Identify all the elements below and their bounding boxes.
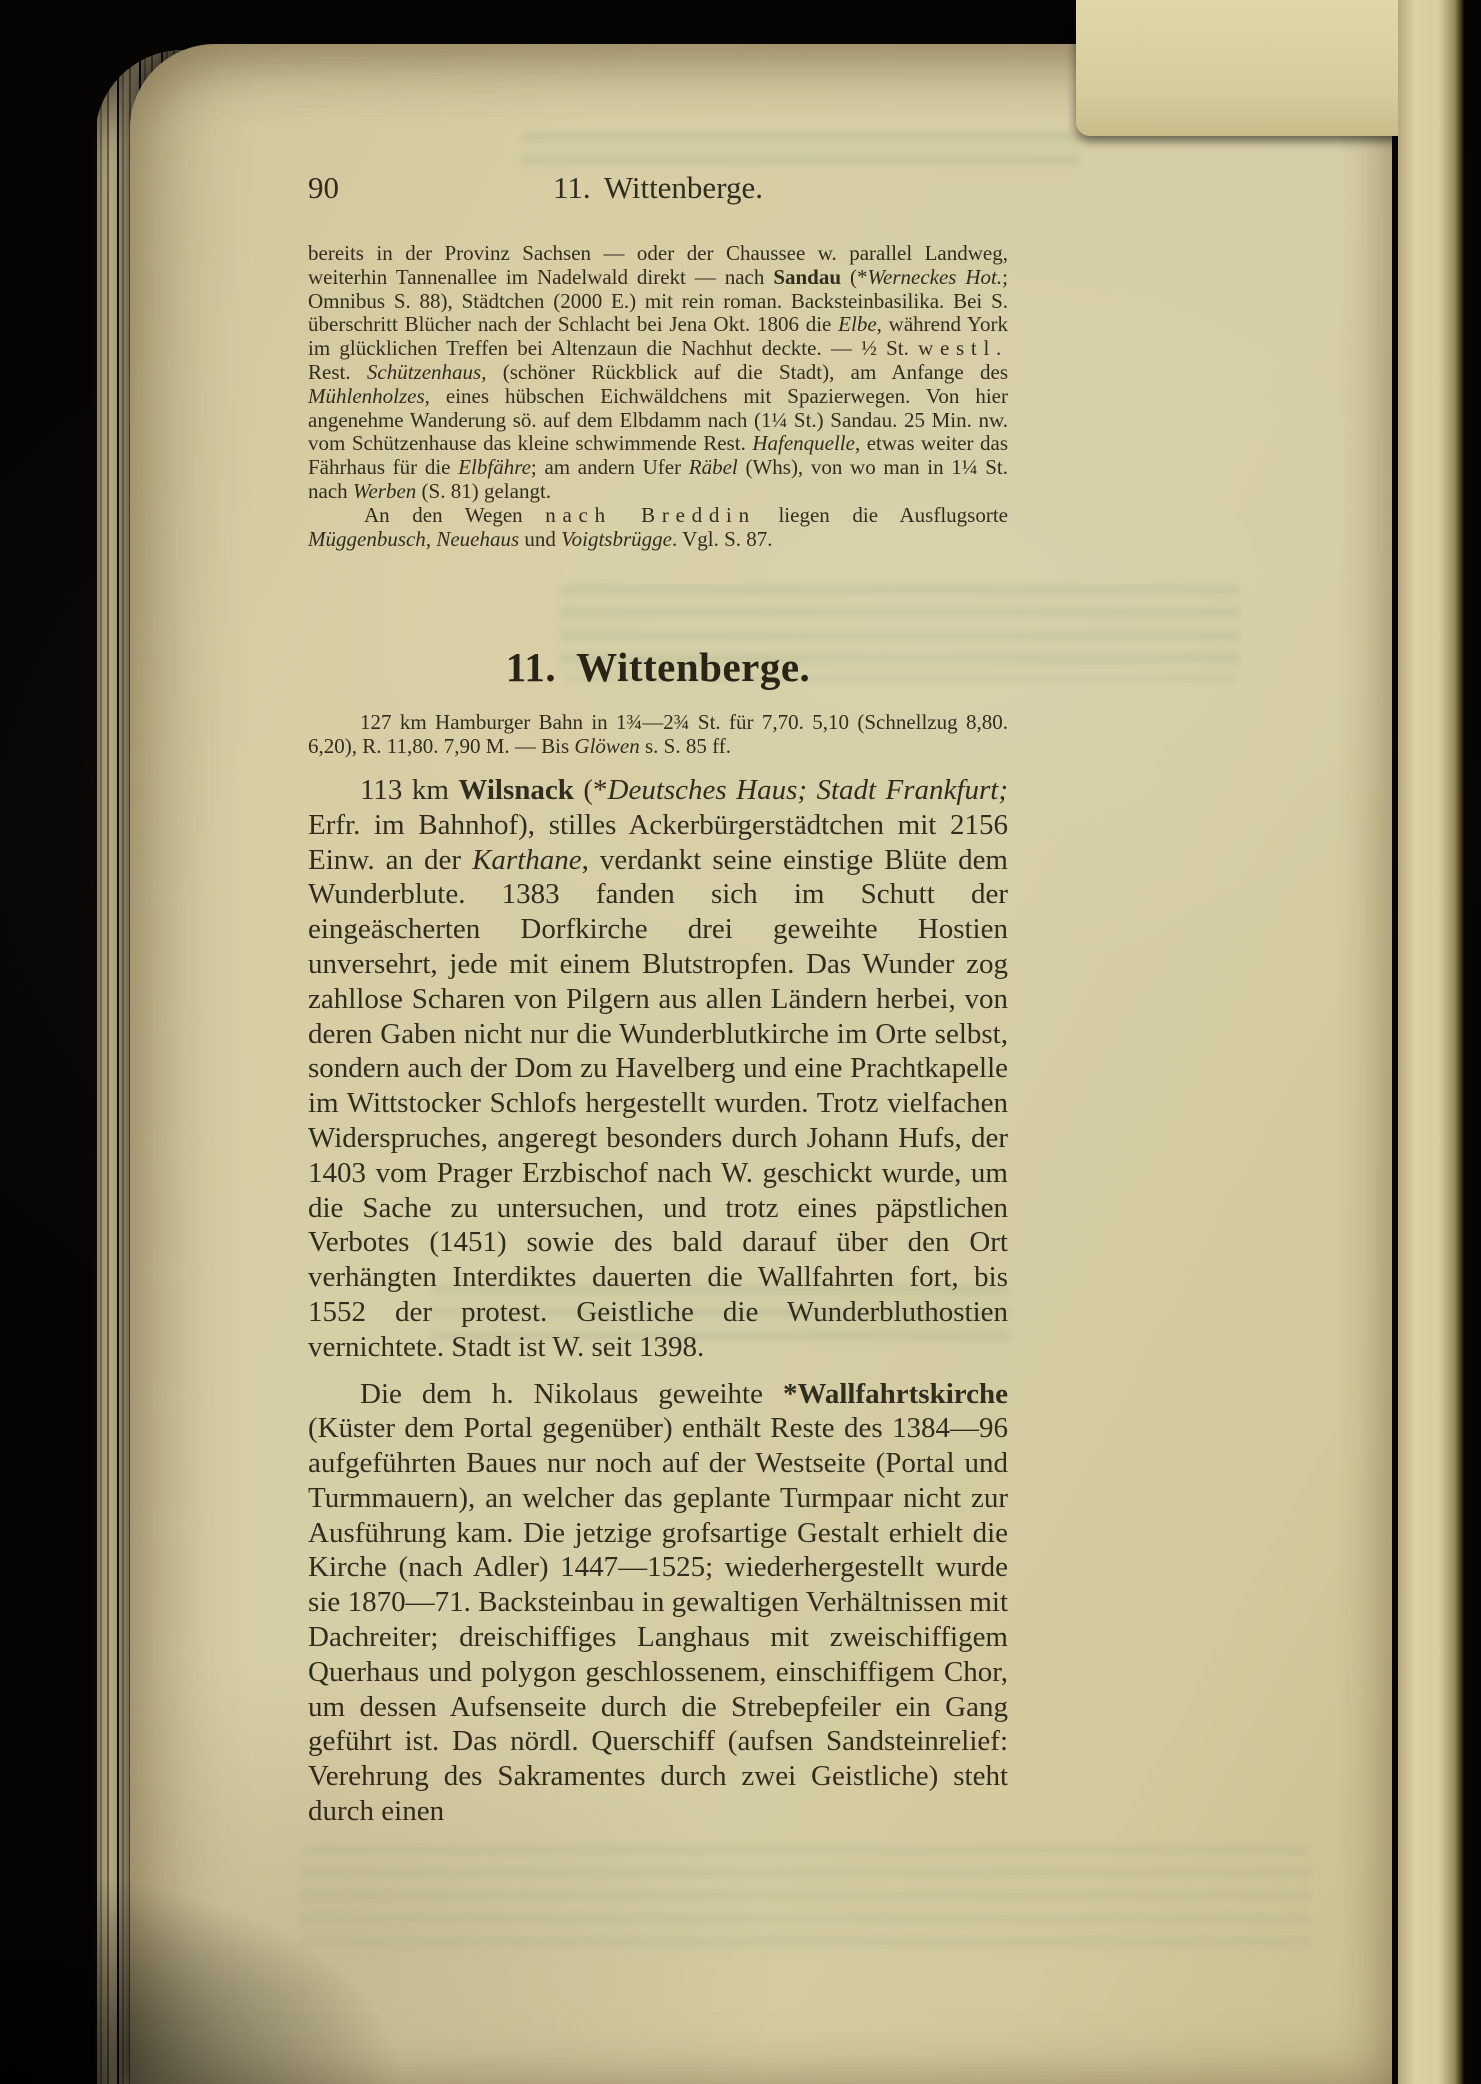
page-header: 90 11. Wittenberge. [308,170,1008,210]
bleedthrough-smudge [300,1845,1310,1957]
page-number: 90 [308,170,339,206]
intro-note-paragraph: bereits in der Provinz Sachsen — oder de… [308,242,1008,504]
body-paragraph-wilsnack: 113 km Wilsnack (*Deutsches Haus; Stadt … [308,773,1008,1365]
text-column: 90 11. Wittenberge. bereits in der Provi… [308,44,1008,1829]
section-heading: 11. Wittenberge. [308,643,1008,691]
book-page: 90 11. Wittenberge. bereits in der Provi… [130,44,1392,2084]
body-paragraph-wallfahrtskirche: Die dem h. Nikolaus geweihte *Wallfahrts… [308,1377,1008,1829]
running-title: 11. Wittenberge. [308,170,1008,206]
route-note-paragraph: 127 km Hamburger Bahn in 1¾—2¾ St. für 7… [308,711,1008,759]
facing-page-edge [1398,0,1464,2084]
book-scan: 90 11. Wittenberge. bereits in der Provi… [0,0,1481,2084]
intro-note-paragraph-2: An den Wegen nach Breddin liegen die Aus… [308,504,1008,552]
